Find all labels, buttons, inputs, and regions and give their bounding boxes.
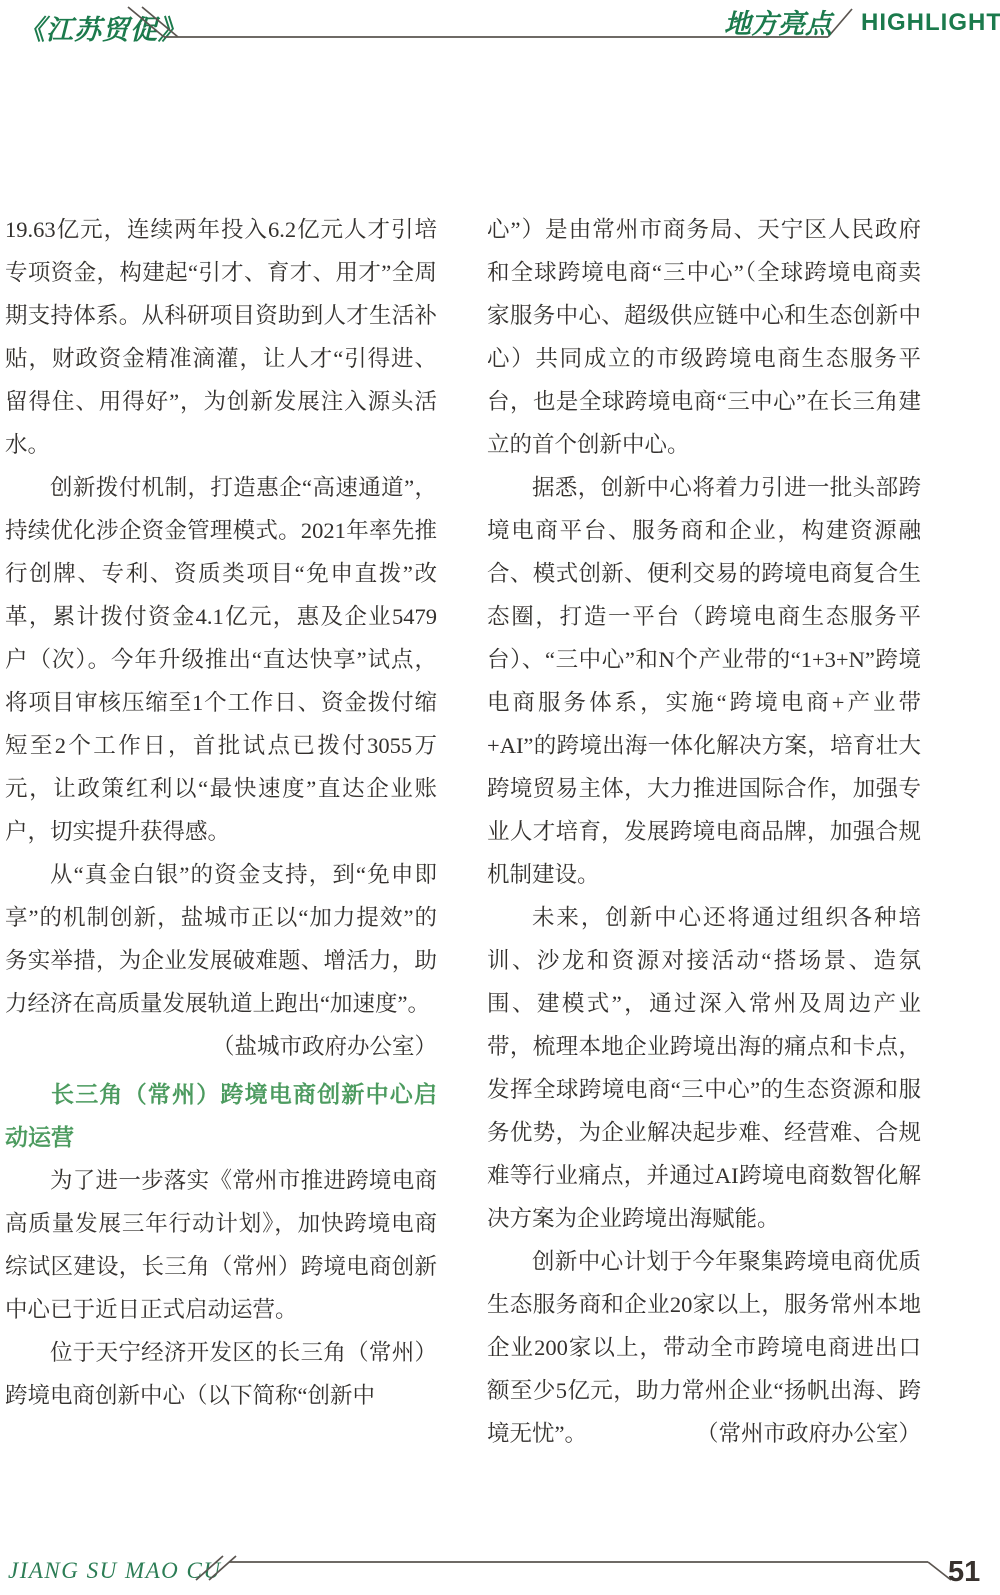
paragraph: 据悉，创新中心将着力引进一批头部跨境电商平台、服务商和企业，构建资源融合、模式创… [487,466,921,896]
paragraph: 创新拨付机制，打造惠企“高速通道”，持续优化涉企资金管理模式。2021年率先推行… [5,466,437,853]
paragraph: 未来，创新中心还将通过组织各种培训、沙龙和资源对接活动“搭场景、造氛围、建模式”… [487,896,921,1240]
paragraph-with-attribution: 从“真金白银”的资金支持，到“免申即享”的机制创新，盐城市正以“加力提效”的务实… [5,853,437,1025]
section-title-english: HIGHLIGHT [861,9,1000,37]
paragraph-continued-from-left-column: 心”）是由常州市商务局、天宁区人民政府和全球跨境电商“三中心”（全球跨境电商卖家… [487,208,921,466]
paragraph-text: 从“真金白银”的资金支持，到“免申即享”的机制创新，盐城市正以“加力提效”的务实… [5,862,437,1016]
attribution: （常州市政府办公室） [651,1412,921,1455]
page-number: 51 [948,1556,980,1589]
header-rule-line [0,0,1000,60]
attribution: （盐城市政府办公室） [167,1025,437,1068]
right-column: 心”）是由常州市商务局、天宁区人民政府和全球跨境电商“三中心”（全球跨境电商卖家… [487,208,921,1455]
paragraph: 为了进一步落实《常州市推进跨境电商高质量发展三年行动计划》，加快跨境电商综试区建… [5,1159,437,1331]
left-column: 19.63亿元，连续两年投入6.2亿元人才引培专项资金，构建起“引才、育才、用才… [5,208,437,1417]
paragraph-flowing-to-right-column: 位于天宁经济开发区的长三角（常州）跨境电商创新中心（以下简称“创新中 [5,1331,437,1417]
paragraph-continued-from-previous-page: 19.63亿元，连续两年投入6.2亿元人才引培专项资金，构建起“引才、育才、用才… [5,208,437,466]
paragraph-with-attribution: 创新中心计划于今年聚集跨境电商优质生态服务商和企业20家以上，服务常州本地企业2… [487,1240,921,1455]
magazine-page: 《江苏贸促》 地方亮点 HIGHLIGHT 19.63亿元，连续两年投入6.2亿… [0,0,1000,1595]
article-title: 长三角（常州）跨境电商创新中心启动运营 [5,1073,437,1159]
section-title-chinese: 地方亮点 [724,2,832,41]
footer-rule-line [0,1535,1000,1595]
